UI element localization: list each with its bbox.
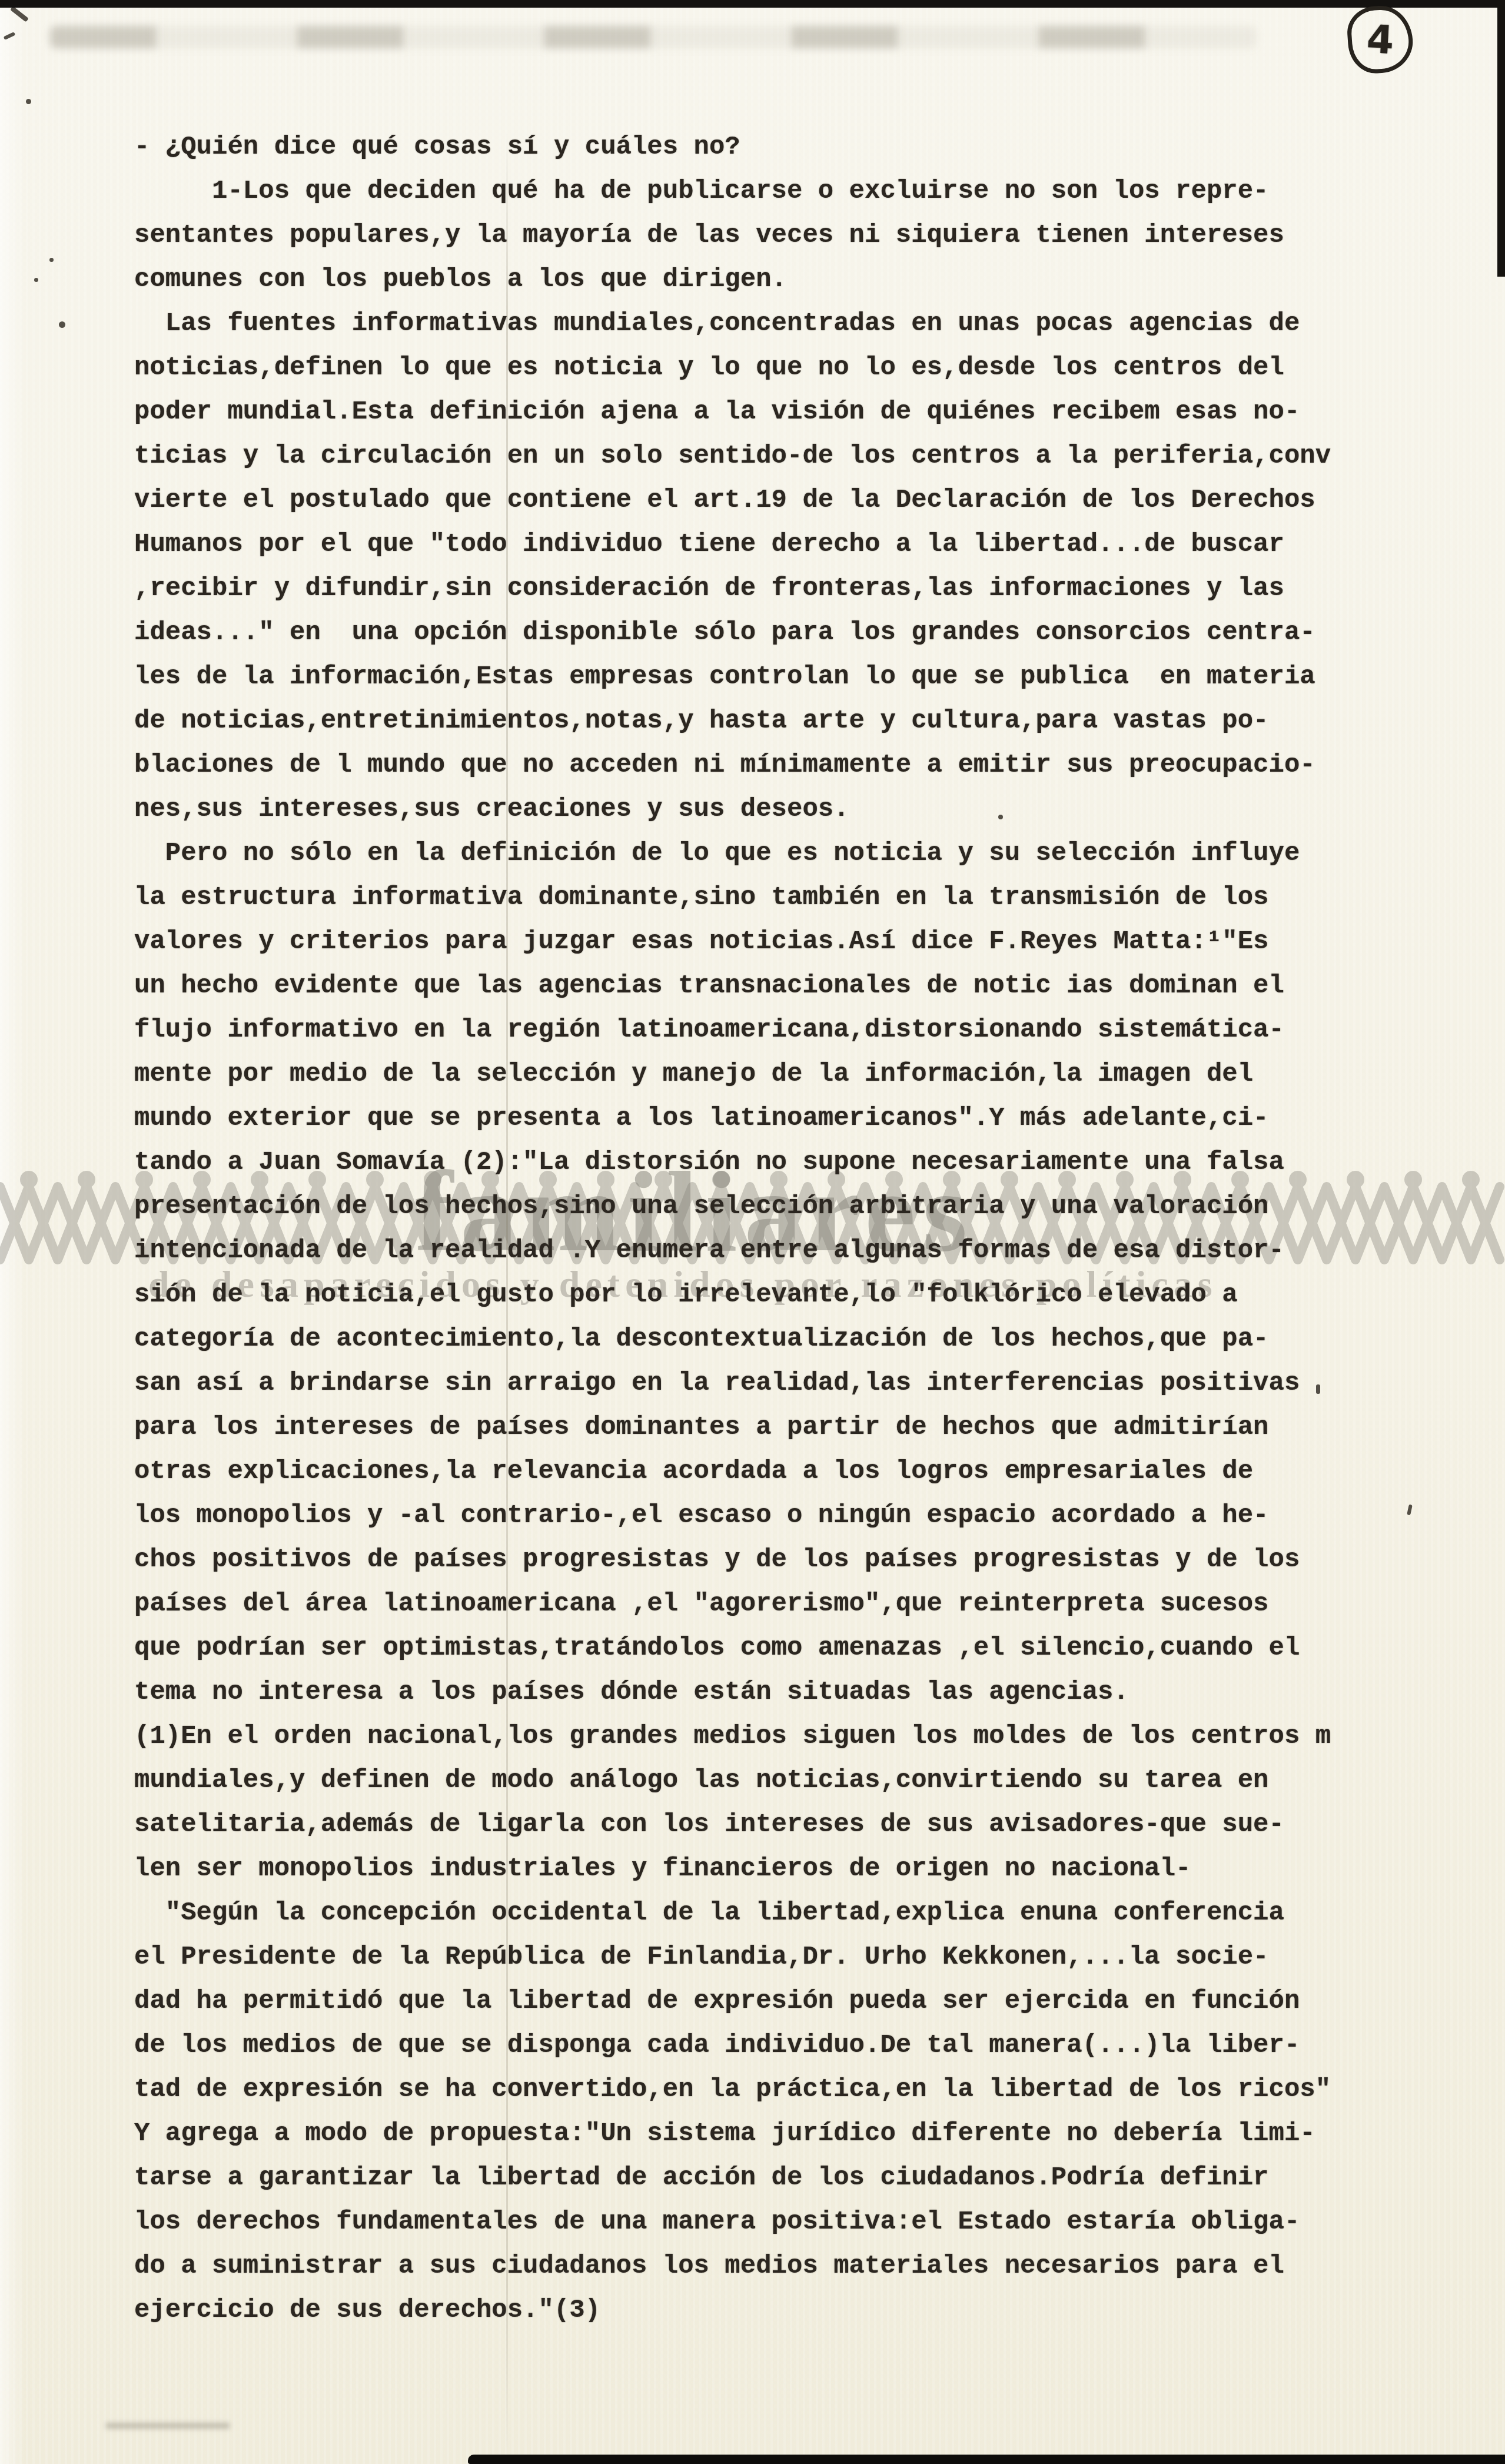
ink-scratch (4, 32, 16, 40)
typed-line: flujo informativo en la región latinoame… (134, 1008, 1331, 1052)
typed-line: chos positivos de países progresistas y … (134, 1538, 1331, 1582)
typed-line: sentantes populares,y la mayoría de las … (134, 214, 1331, 258)
typed-line: (1)En el orden nacional,los grandes medi… (134, 1715, 1331, 1759)
page-number: 4 (1366, 16, 1395, 62)
typed-line: sión de la noticia,el gusto por lo irrel… (134, 1273, 1331, 1317)
typed-line: les de la información,Estas empresas con… (134, 655, 1331, 699)
typed-line: tando a Juan Somavía (2):"La distorsión … (134, 1141, 1331, 1185)
typed-line: noticias,definen lo que es noticia y lo … (134, 346, 1331, 390)
typed-line: tad de expresión se ha convertido,en la … (134, 2068, 1331, 2112)
typed-line: valores y criterios para juzgar esas not… (134, 920, 1331, 964)
typed-line: de los medios de que se disponga cada in… (134, 2024, 1331, 2068)
typed-line: dad ha permitidó que la libertad de expr… (134, 1980, 1331, 2024)
typed-line: - ¿Quién dice qué cosas sí y cuáles no? (134, 125, 1331, 170)
typed-line: para los intereses de países dominantes … (134, 1406, 1331, 1450)
scanned-document-page: 4 familiares de desaparecidos y detenido… (0, 0, 1505, 2464)
ink-speck (998, 815, 1003, 819)
typed-line: de noticias,entretinimientos,notas,y has… (134, 699, 1331, 743)
typed-line: otras explicaciones,la relevancia acorda… (134, 1450, 1331, 1494)
typed-line: blaciones de l mundo que no acceden ni m… (134, 743, 1331, 788)
typed-line: Y agrega a modo de propuesta:"Un sistema… (134, 2112, 1331, 2156)
typed-line: Las fuentes informativas mundiales,conce… (134, 302, 1331, 346)
typed-line: satelitaria,además de ligarla con los in… (134, 1803, 1331, 1847)
typed-line: países del área latinoamericana ,el "ago… (134, 1582, 1331, 1626)
typed-line: vierte el postulado que contiene el art.… (134, 479, 1331, 523)
typed-line: ticias y la circulación en un solo senti… (134, 434, 1331, 479)
typed-line: 1-Los que deciden qué ha de publicarse o… (134, 170, 1331, 214)
scan-bottom-edge (468, 2455, 1505, 2464)
typed-line: que podrían ser optimistas,tratándolos c… (134, 1626, 1331, 1671)
typed-line: san así a brindarse sin arraigo en la re… (134, 1361, 1331, 1406)
typed-line: mundo exterior que se presenta a los lat… (134, 1097, 1331, 1141)
typed-line: ejercicio de sus derechos."(3) (134, 2289, 1331, 2333)
page-number-stamp: 4 (1345, 4, 1415, 75)
typed-line: Pero no sólo en la definición de lo que … (134, 832, 1331, 876)
scan-smudge (50, 26, 1257, 48)
typed-line: mente por medio de la selección y manejo… (134, 1052, 1331, 1097)
scan-smudge-bottom (106, 2423, 230, 2429)
typed-line: los derechos fundamentales de una manera… (134, 2200, 1331, 2244)
typed-line: la estructura informativa dominante,sino… (134, 876, 1331, 920)
ink-speck (49, 258, 54, 262)
typed-line: un hecho evidente que las agencias trans… (134, 964, 1331, 1008)
typed-line: do a suministrar a sus ciudadanos los me… (134, 2244, 1331, 2289)
typed-line: ideas..." en una opción disponible sólo … (134, 611, 1331, 655)
scan-top-edge (0, 0, 1505, 8)
ink-speck (26, 99, 31, 104)
typed-line: presentación de los hechos,sino una sele… (134, 1185, 1331, 1229)
ink-scratch (10, 6, 29, 22)
typed-line: nes,sus intereses,sus creaciones y sus d… (134, 788, 1331, 832)
typed-line: len ser monopolios industriales y financ… (134, 1847, 1331, 1891)
ink-speck (59, 321, 65, 328)
typed-line: poder mundial.Esta definición ajena a la… (134, 390, 1331, 434)
typed-line: los monopolios y -al contrario-,el escas… (134, 1494, 1331, 1538)
typed-line: Humanos por el que "todo individuo tiene… (134, 523, 1331, 567)
ink-speck (34, 278, 38, 282)
typed-line: mundiales,y definen de modo análogo las … (134, 1759, 1331, 1803)
scan-right-edge (1497, 0, 1505, 277)
typed-line: comunes con los pueblos a los que dirige… (134, 258, 1331, 302)
typed-line: ,recibir y difundir,sin consideración de… (134, 567, 1331, 611)
typed-text-block: - ¿Quién dice qué cosas sí y cuáles no? … (134, 125, 1331, 2333)
typed-line: tema no interesa a los países dónde está… (134, 1671, 1331, 1715)
ink-speck (1407, 1505, 1413, 1516)
typed-line: categoría de acontecimiento,la descontex… (134, 1317, 1331, 1361)
typed-line: el Presidente de la República de Finland… (134, 1935, 1331, 1980)
typed-line: tarse a garantizar la libertad de acción… (134, 2156, 1331, 2200)
typed-line: "Según la concepción occidental de la li… (134, 1891, 1331, 1935)
ink-speck (1316, 1384, 1320, 1394)
typed-line: intencionada de la realidad .Y enumera e… (134, 1229, 1331, 1273)
